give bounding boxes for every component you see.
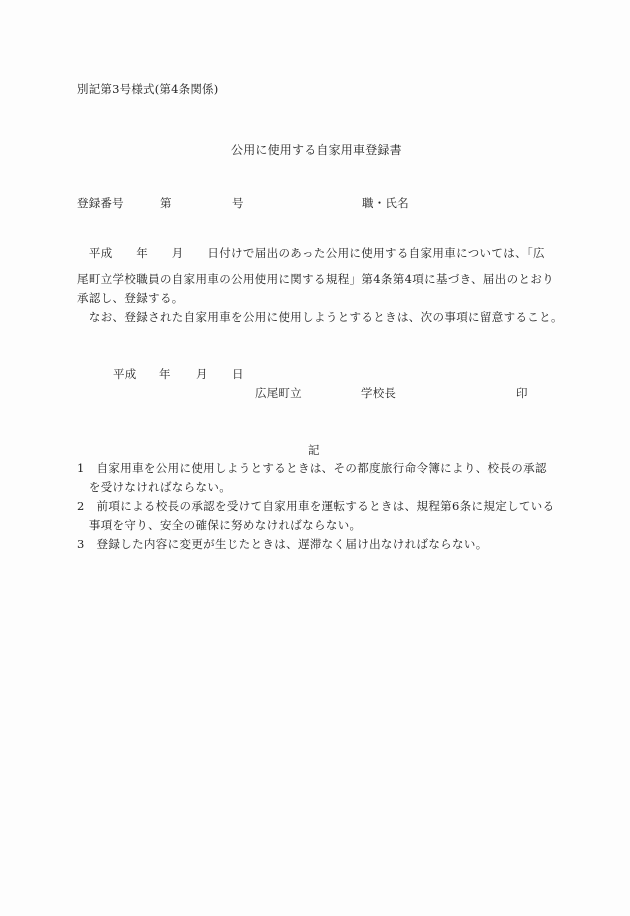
note-line: 1 自家用車を公用に使用しようとするときは、その都度旅行命令簿により、校長の承認	[77, 463, 547, 475]
registration-number-label: 登録番号	[77, 198, 124, 210]
body-line: 承認し、登録する。	[77, 293, 184, 305]
position-name-label: 職・氏名	[362, 198, 409, 210]
date-day: 日	[232, 369, 244, 381]
notes-heading: 記	[308, 445, 320, 457]
registration-dai: 第	[160, 198, 172, 210]
form-label: 別記第3号様式(第4条関係)	[77, 84, 218, 96]
body-line: 尾町立学校職員の自家用車の公用使用に関する規程」第4条第4項に基づき、届出のとお…	[77, 274, 554, 286]
signature-town: 広尾町立	[255, 388, 302, 400]
body-line: 平成 年 月 日付けで届出のあった公用に使用する自家用車については、「広	[77, 248, 545, 260]
note-line: 3 登録した内容に変更が生じたときは、遅滞なく届け出なければならない。	[77, 539, 488, 551]
registration-go: 号	[232, 198, 244, 210]
note-line: 事項を守り、安全の確保に努めなければならない。	[77, 520, 361, 532]
document-title: 公用に使用する自家用車登録書	[231, 144, 402, 156]
signature-principal: 学校長	[361, 388, 396, 400]
date-era: 平成	[113, 369, 136, 381]
seal-mark: 印	[516, 388, 528, 400]
note-line: 2 前項による校長の承認を受けて自家用車を運転するときは、規程第6条に規定してい…	[77, 501, 554, 513]
body-line: なお、登録された自家用車を公用に使用しようとするときは、次の事項に留意すること。	[77, 312, 563, 324]
note-line: を受けなければならない。	[77, 482, 231, 494]
document-page: 別記第3号様式(第4条関係) 公用に使用する自家用車登録書 登録番号 第 号 職…	[0, 0, 630, 916]
date-year: 年	[159, 369, 171, 381]
date-month: 月	[196, 369, 208, 381]
